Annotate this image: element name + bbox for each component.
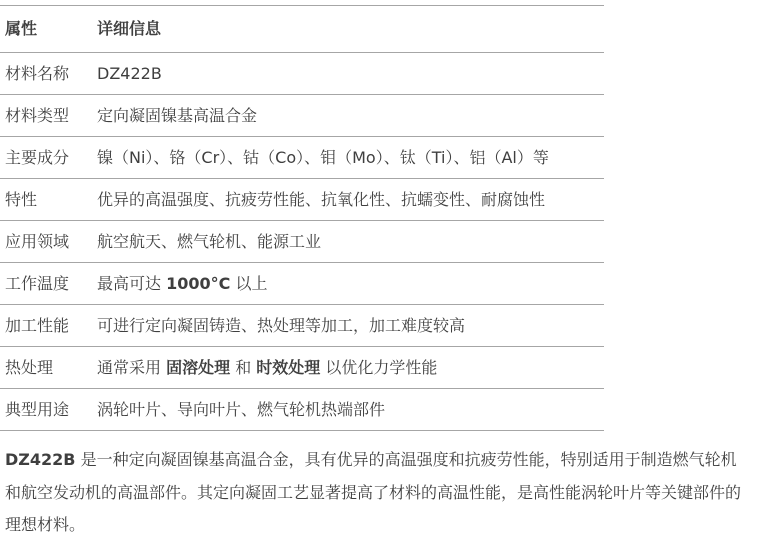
row-label: 主要成分: [0, 137, 97, 179]
text-segment: 以上: [230, 274, 267, 293]
row-value: 镍（Ni）、铬（Cr）、钴（Co）、钼（Mo）、钛（Ti）、铝（Al）等: [97, 137, 604, 179]
row-label: 材料名称: [0, 53, 97, 95]
text-segment: 涡轮叶片、导向叶片、燃气轮机热端部件: [97, 400, 385, 419]
bold-text-segment: DZ422B: [5, 450, 75, 469]
text-segment: 通常采用: [97, 358, 166, 377]
table-row: 热处理通常采用 固溶处理 和 时效处理 以优化力学性能: [0, 347, 604, 389]
row-value: 通常采用 固溶处理 和 时效处理 以优化力学性能: [97, 347, 604, 389]
table-row: 加工性能可进行定向凝固铸造、热处理等加工，加工难度较高: [0, 305, 604, 347]
row-value: 最高可达 1000°C 以上: [97, 263, 604, 305]
row-label: 加工性能: [0, 305, 97, 347]
table-row: 典型用途涡轮叶片、导向叶片、燃气轮机热端部件: [0, 389, 604, 431]
table-row: 材料类型定向凝固镍基高温合金: [0, 95, 604, 137]
row-label: 工作温度: [0, 263, 97, 305]
text-segment: DZ422B: [97, 64, 162, 83]
row-value: 涡轮叶片、导向叶片、燃气轮机热端部件: [97, 389, 604, 431]
text-segment: 镍（Ni）、铬（Cr）、钴（Co）、钼（Mo）、钛（Ti）、铝（Al）等: [97, 148, 549, 167]
column-header-details: 详细信息: [97, 6, 604, 53]
row-value: DZ422B: [97, 53, 604, 95]
row-value: 可进行定向凝固铸造、热处理等加工，加工难度较高: [97, 305, 604, 347]
table-row: 材料名称DZ422B: [0, 53, 604, 95]
table-row: 工作温度最高可达 1000°C 以上: [0, 263, 604, 305]
row-value: 优异的高温强度、抗疲劳性能、抗氧化性、抗蠕变性、耐腐蚀性: [97, 179, 604, 221]
table-row: 主要成分镍（Ni）、铬（Cr）、钴（Co）、钼（Mo）、钛（Ti）、铝（Al）等: [0, 137, 604, 179]
bold-text-segment: 时效处理: [256, 358, 320, 377]
row-label: 应用领域: [0, 221, 97, 263]
row-label: 典型用途: [0, 389, 97, 431]
row-label: 特性: [0, 179, 97, 221]
text-segment: 以优化力学性能: [320, 358, 437, 377]
bold-text-segment: 固溶处理: [166, 358, 230, 377]
row-value: 定向凝固镍基高温合金: [97, 95, 604, 137]
table-header-row: 属性 详细信息: [0, 6, 604, 53]
row-label: 材料类型: [0, 95, 97, 137]
text-segment: 最高可达: [97, 274, 166, 293]
row-value: 航空航天、燃气轮机、能源工业: [97, 221, 604, 263]
text-segment: 优异的高温强度、抗疲劳性能、抗氧化性、抗蠕变性、耐腐蚀性: [97, 190, 545, 209]
summary-paragraph: DZ422B 是一种定向凝固镍基高温合金，具有优异的高温强度和抗疲劳性能，特别适…: [5, 444, 752, 541]
material-properties-table: 属性 详细信息 材料名称DZ422B材料类型定向凝固镍基高温合金主要成分镍（Ni…: [0, 5, 604, 431]
text-segment: 定向凝固镍基高温合金: [97, 106, 257, 125]
text-segment: 是一种定向凝固镍基高温合金，具有优异的高温强度和抗疲劳性能，特别适用于制造燃气轮…: [5, 450, 741, 534]
bold-text-segment: 1000°C: [166, 274, 230, 293]
row-label: 热处理: [0, 347, 97, 389]
column-header-property: 属性: [0, 6, 97, 53]
text-segment: 航空航天、燃气轮机、能源工业: [97, 232, 321, 251]
table-row: 特性优异的高温强度、抗疲劳性能、抗氧化性、抗蠕变性、耐腐蚀性: [0, 179, 604, 221]
table-row: 应用领域航空航天、燃气轮机、能源工业: [0, 221, 604, 263]
text-segment: 可进行定向凝固铸造、热处理等加工，加工难度较高: [97, 316, 465, 335]
material-info-page: 属性 详细信息 材料名称DZ422B材料类型定向凝固镍基高温合金主要成分镍（Ni…: [0, 0, 768, 541]
text-segment: 和: [230, 358, 256, 377]
